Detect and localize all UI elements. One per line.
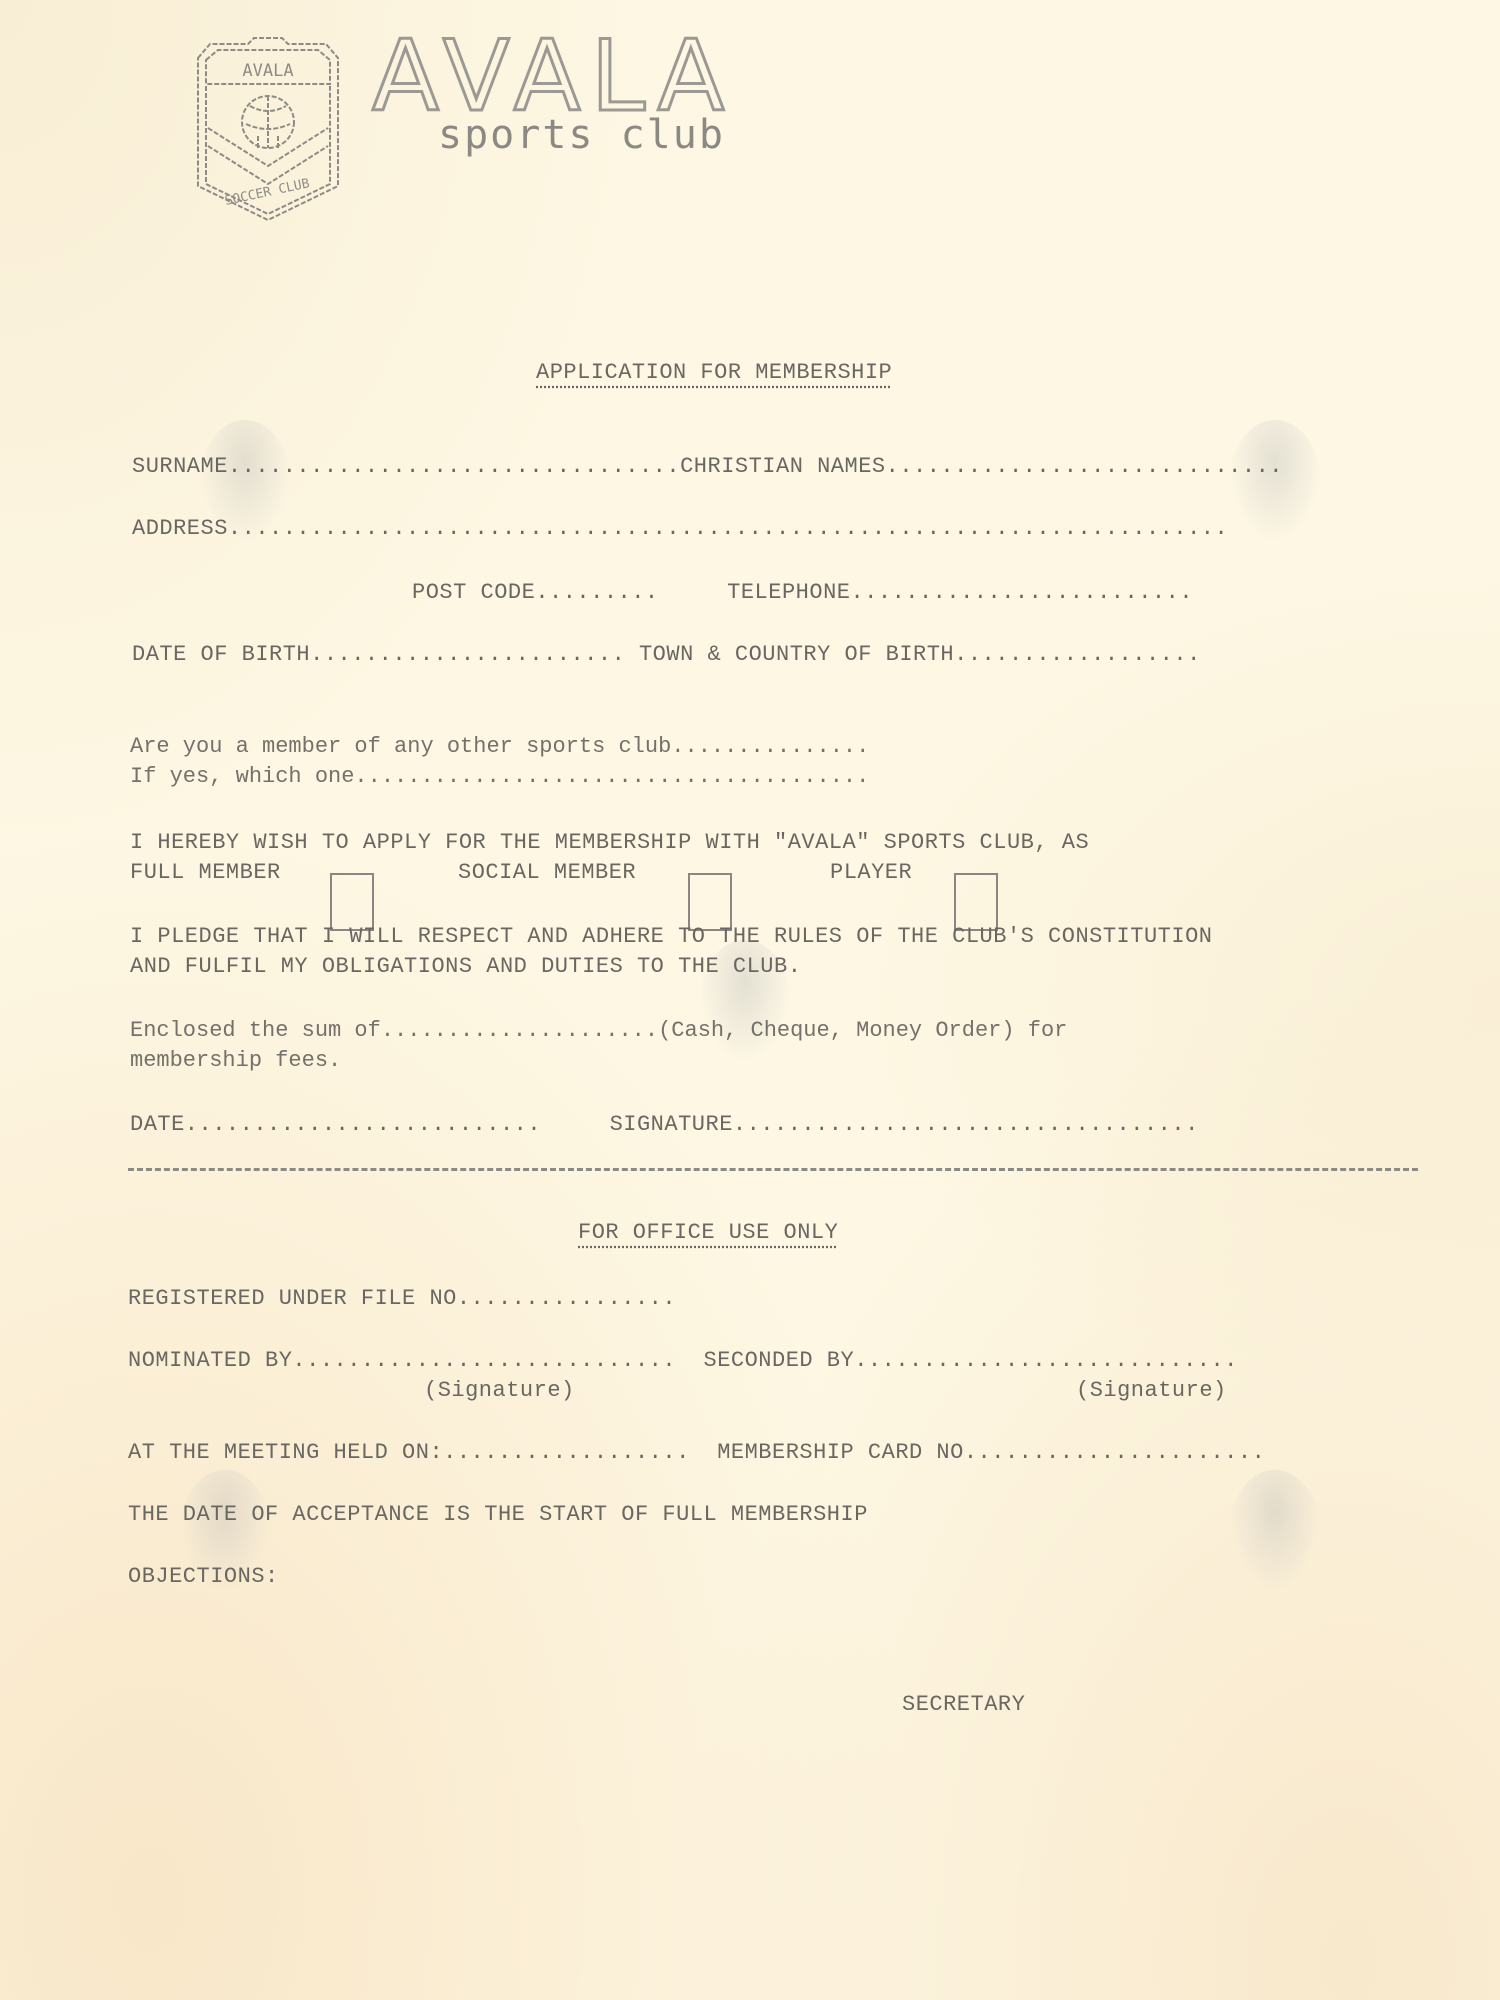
nominated-seconded-field[interactable]: NOMINATED BY............................…	[128, 1348, 1238, 1373]
club-crest-icon: AVALA SOCCER CLUB	[188, 36, 348, 222]
postcode-telephone-field[interactable]: POST CODE......... TELEPHONE............…	[412, 580, 1193, 605]
player-checkbox[interactable]	[954, 873, 998, 931]
address-field[interactable]: ADDRESS.................................…	[132, 516, 1228, 541]
birth-details-field[interactable]: DATE OF BIRTH....................... TOW…	[132, 642, 1201, 667]
objections-label: OBJECTIONS:	[128, 1564, 279, 1589]
full-member-checkbox[interactable]	[330, 873, 374, 931]
other-club-question[interactable]: Are you a member of any other sports clu…	[130, 734, 869, 759]
enclosed-sum-line-2: membership fees.	[130, 1048, 341, 1073]
watermark-icon	[1230, 1470, 1320, 1590]
nominated-signature-label: (Signature)	[424, 1378, 575, 1403]
club-subtitle: sports club	[438, 112, 725, 158]
form-title: APPLICATION FOR MEMBERSHIP	[536, 360, 892, 385]
which-club-field[interactable]: If yes, which one.......................…	[130, 764, 869, 789]
acceptance-note: THE DATE OF ACCEPTANCE IS THE START OF F…	[128, 1502, 868, 1527]
secretary-label: SECRETARY	[902, 1692, 1025, 1717]
section-divider	[128, 1168, 1418, 1171]
seconded-signature-label: (Signature)	[1076, 1378, 1227, 1403]
watermark-icon	[1230, 420, 1320, 540]
social-member-checkbox[interactable]	[688, 873, 732, 931]
pledge-line-2: AND FULFIL MY OBLIGATIONS AND DUTIES TO …	[130, 954, 801, 979]
surname-field[interactable]: SURNAME.................................…	[132, 454, 1283, 479]
full-member-label: FULL MEMBER	[130, 860, 281, 885]
pledge-line-1: I PLEDGE THAT I WILL RESPECT AND ADHERE …	[130, 924, 1212, 949]
office-title: FOR OFFICE USE ONLY	[578, 1220, 838, 1245]
apply-statement: I HEREBY WISH TO APPLY FOR THE MEMBERSHI…	[130, 830, 1089, 855]
file-number-field[interactable]: REGISTERED UNDER FILE NO................	[128, 1286, 676, 1311]
svg-text:SOCCER CLUB: SOCCER CLUB	[224, 176, 312, 209]
social-member-label: SOCIAL MEMBER	[458, 860, 636, 885]
meeting-card-field[interactable]: AT THE MEETING HELD ON:.................…	[128, 1440, 1265, 1465]
svg-text:AVALA: AVALA	[242, 61, 293, 81]
player-label: PLAYER	[830, 860, 912, 885]
enclosed-sum-field[interactable]: Enclosed the sum of.....................…	[130, 1018, 1067, 1043]
date-signature-field[interactable]: DATE.......................... SIGNATURE…	[130, 1112, 1199, 1137]
